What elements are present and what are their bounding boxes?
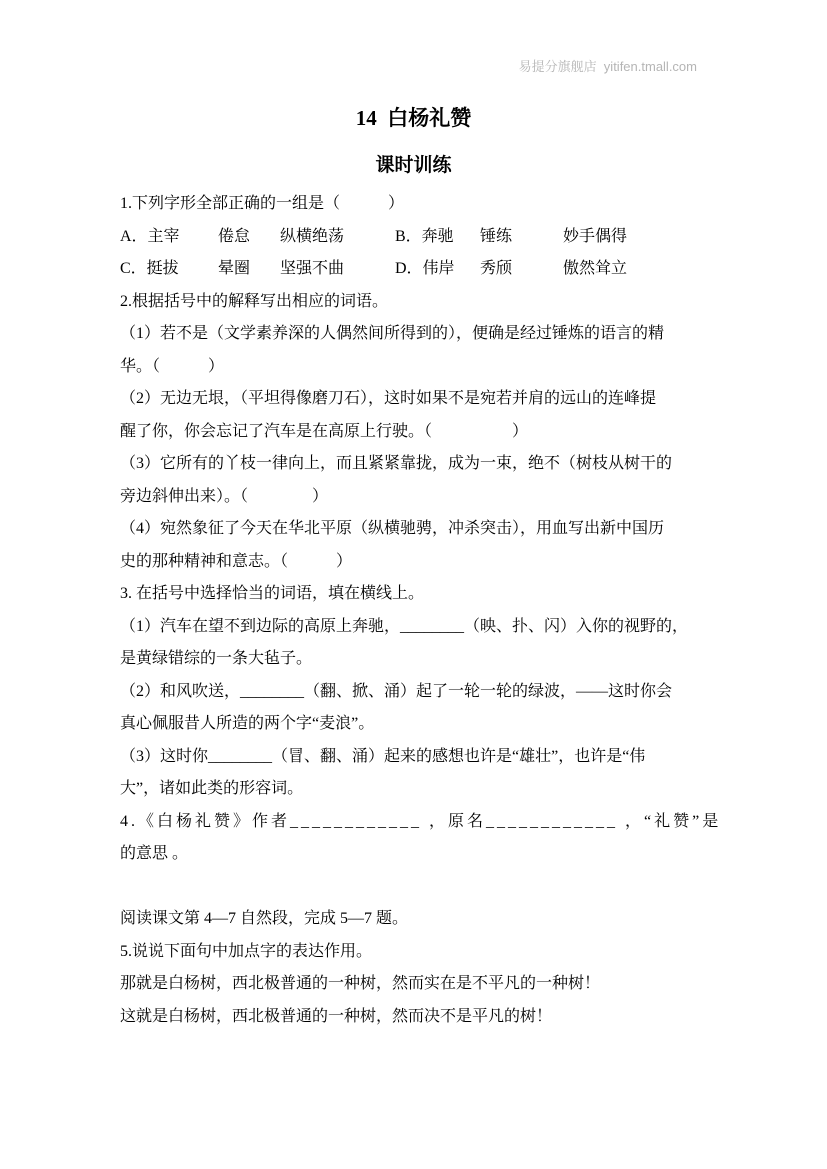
q2-item2-line1: （2）无边无垠，（平坦得像磨刀石），这时如果不是宛若并肩的远山的连峰提 [120, 383, 720, 416]
q2-item4-line2: 史的那种精神和意志。（ ） [120, 546, 720, 579]
q2-stem: 2.根据括号中的解释写出相应的词语。 [120, 286, 720, 319]
q5-sentence-1: 那就是白杨树，西北极普通的一种树，然而实在是不平凡的一种树！ [120, 968, 720, 1001]
q4-line1: 4.《白杨礼赞》作者____________ ，原名____________ ，… [120, 806, 720, 839]
q1-options-ab-cell-2: 纵横绝荡 [280, 221, 344, 254]
worksheet-page: 易提分旗舰店 yitifen.tmall.com 14 白杨礼赞 课时训练 1.… [0, 0, 827, 1169]
spacer [120, 871, 720, 904]
q2-item1-line2: 华。（ ） [120, 351, 720, 384]
q1-options-cd-cell-5: 傲然耸立 [563, 253, 627, 286]
q5-stem: 5.说说下面句中加点字的表达作用。 [120, 936, 720, 969]
q1-options-cd-cell-3: D．伟岸 [395, 253, 455, 286]
q2-item3-line2: 旁边斜伸出来）。（ ） [120, 481, 720, 514]
q5-sentence-2: 这就是白杨树，西北极普通的一种树，然而决不是平凡的树！ [120, 1001, 720, 1034]
q1-stem: 1.下列字形全部正确的一组是（ ） [120, 188, 720, 221]
section-subtitle: 课时训练 [0, 150, 827, 177]
q3-item1-line1: （1）汽车在望不到边际的高原上奔驰，________（映、扑、闪）入你的视野的， [120, 611, 720, 644]
q2-item3-line1: （3）它所有的丫枝一律向上，而且紧紧靠拢，成为一束，绝不（树枝从树干的 [120, 448, 720, 481]
q1-options-ab-cell-0: A．主宰 [120, 221, 180, 254]
q1-options-ab-cell-5: 妙手偶得 [563, 221, 627, 254]
store-watermark: 易提分旗舰店 yitifen.tmall.com [519, 56, 697, 75]
q1-options-cd-cell-2: 坚强不曲 [280, 253, 344, 286]
q1-options-cd: C．挺拔晕圈坚强不曲D．伟岸秀颀傲然耸立 [120, 253, 720, 286]
q3-item3-line2: 大”，诸如此类的形容词。 [120, 773, 720, 806]
q3-item3-line1: （3）这时你________（冒、翻、涌）起来的感想也许是“雄壮”，也许是“伟 [120, 741, 720, 774]
q3-item2-line1: （2）和风吹送，________（翻、掀、涌）起了一轮一轮的绿波，——这时你会 [120, 676, 720, 709]
q4-line2: 的意思 。 [120, 838, 720, 871]
q2-item4-line1: （4）宛然象征了今天在华北平原（纵横驰骋，冲杀突击），用血写出新中国历 [120, 513, 720, 546]
q1-options-ab-cell-1: 倦怠 [218, 221, 250, 254]
q3-stem: 3. 在括号中选择恰当的词语，填在横线上。 [120, 578, 720, 611]
q1-options-ab: A．主宰倦怠纵横绝荡B．奔驰锤练妙手偶得 [120, 221, 720, 254]
reading-instruction: 阅读课文第 4—7 自然段，完成 5—7 题。 [120, 903, 720, 936]
q1-options-cd-cell-0: C．挺拔 [120, 253, 179, 286]
q1-options-ab-cell-3: B．奔驰 [395, 221, 454, 254]
q1-options-cd-cell-4: 秀颀 [480, 253, 512, 286]
q3-item1-line2: 是黄绿错综的一条大毡子。 [120, 643, 720, 676]
q1-options-ab-cell-4: 锤练 [480, 221, 512, 254]
q3-item2-line2: 真心佩服昔人所造的两个字“麦浪”。 [120, 708, 720, 741]
q1-options-cd-cell-1: 晕圈 [218, 253, 250, 286]
q2-item1-line1: （1）若不是（文学素养深的人偶然间所得到的），便确是经过锤炼的语言的精 [120, 318, 720, 351]
lesson-title: 14 白杨礼赞 [0, 102, 827, 132]
document-body: 1.下列字形全部正确的一组是（ ）A．主宰倦怠纵横绝荡B．奔驰锤练妙手偶得C．挺… [120, 188, 720, 1033]
q2-item2-line2: 醒了你，你会忘记了汽车是在高原上行驶。（ ） [120, 416, 720, 449]
